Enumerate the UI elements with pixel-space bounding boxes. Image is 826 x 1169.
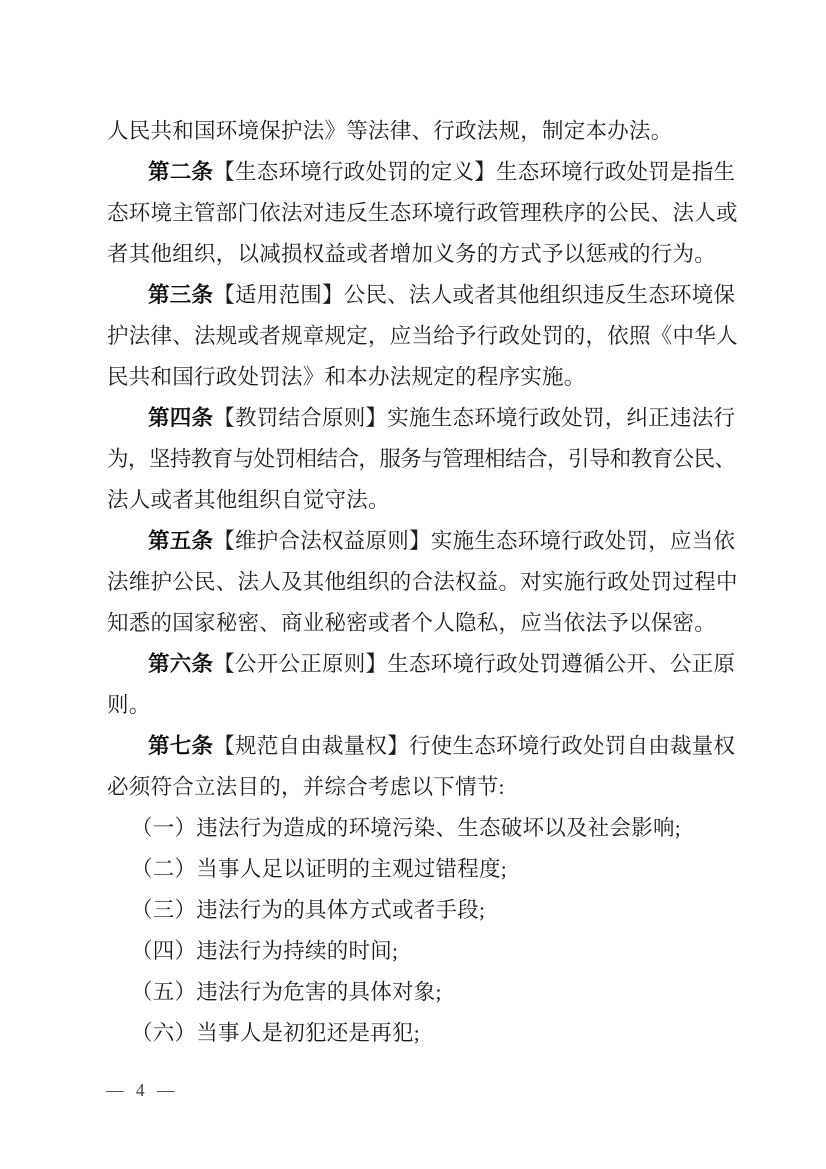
text-segment: 知悉的国家秘密、商业秘密或者个人隐私，应当依法予以保密。 [107, 611, 716, 635]
text-line: （五）违法行为危害的具体对象; [107, 972, 747, 1013]
text-line: （二）当事人足以证明的主观过错程度; [107, 849, 747, 890]
text-segment: 【教罚结合原则】实施生态环境行政处罚，纠正违法行 [213, 406, 735, 430]
text-line: （六）当事人是初犯还是再犯; [107, 1013, 747, 1054]
text-segment: （四）违法行为持续的时间; [131, 939, 398, 963]
text-line: 为，坚持教育与处罚相结合，服务与管理相结合，引导和教育公民、 [107, 439, 747, 480]
text-line: 第四条【教罚结合原则】实施生态环境行政处罚，纠正违法行 [107, 398, 747, 439]
text-line: （三）违法行为的具体方式或者手段; [107, 890, 747, 931]
page-number: — 4 — [106, 1080, 179, 1100]
text-segment: 【适用范围】公民、法人或者其他组织违反生态环境保 [213, 283, 735, 307]
text-line: 则。 [107, 685, 747, 726]
text-line: 护法律、法规或者规章规定，应当给予行政处罚的，依照《中华人 [107, 316, 747, 357]
text-line: 第二条【生态环境行政处罚的定义】生态环境行政处罚是指生 [107, 152, 747, 193]
page-footer: — 4 — [106, 1078, 179, 1102]
document-page: 人民共和国环境保护法》等法律、行政法规，制定本办法。第二条【生态环境行政处罚的定… [0, 0, 826, 1169]
text-line: 第三条【适用范围】公民、法人或者其他组织违反生态环境保 [107, 275, 747, 316]
text-segment: 者其他组织，以减损权益或者增加义务的方式予以惩戒的行为。 [107, 242, 716, 266]
article-number: 第六条 [148, 652, 213, 676]
text-line: 人民共和国环境保护法》等法律、行政法规，制定本办法。 [107, 111, 747, 152]
article-number: 第七条 [148, 734, 213, 758]
text-segment: 为，坚持教育与处罚相结合，服务与管理相结合，引导和教育公民、 [107, 447, 736, 471]
text-segment: 【维护合法权益原则】实施生态环境行政处罚，应当依 [213, 529, 735, 553]
text-segment: （一）违法行为造成的环境污染、生态破坏以及社会影响; [131, 816, 681, 840]
text-segment: 必须符合立法目的，并综合考虑以下情节: [107, 775, 505, 799]
text-line: 必须符合立法目的，并综合考虑以下情节: [107, 767, 747, 808]
text-line: 法维护公民、法人及其他组织的合法权益。对实施行政处罚过程中 [107, 562, 747, 603]
text-line: （一）违法行为造成的环境污染、生态破坏以及社会影响; [107, 808, 747, 849]
text-line: （四）违法行为持续的时间; [107, 931, 747, 972]
text-line: 第五条【维护合法权益原则】实施生态环境行政处罚，应当依 [107, 521, 747, 562]
text-line: 知悉的国家秘密、商业秘密或者个人隐私，应当依法予以保密。 [107, 603, 747, 644]
text-line: 民共和国行政处罚法》和本办法规定的程序实施。 [107, 357, 747, 398]
article-number: 第四条 [148, 406, 213, 430]
text-segment: 【规范自由裁量权】行使生态环境行政处罚自由裁量权 [213, 734, 735, 758]
text-segment: （三）违法行为的具体方式或者手段; [131, 898, 485, 922]
text-segment: 态环境主管部门依法对违反生态环境行政管理秩序的公民、法人或 [107, 201, 738, 225]
text-segment: 法人或者其他组织自觉守法。 [107, 488, 390, 512]
text-segment: （六）当事人是初犯还是再犯; [131, 1021, 420, 1045]
article-number: 第三条 [148, 283, 213, 307]
text-segment: 护法律、法规或者规章规定，应当给予行政处罚的，依照《中华人 [107, 324, 738, 348]
text-segment: （二）当事人足以证明的主观过错程度; [131, 857, 507, 881]
text-segment: （五）违法行为危害的具体对象; [131, 980, 442, 1004]
text-line: 第六条【公开公正原则】生态环境行政处罚遵循公开、公正原 [107, 644, 747, 685]
article-number: 第五条 [148, 529, 213, 553]
text-line: 法人或者其他组织自觉守法。 [107, 480, 747, 521]
text-segment: 则。 [107, 693, 151, 717]
text-line: 态环境主管部门依法对违反生态环境行政管理秩序的公民、法人或 [107, 193, 747, 234]
text-segment: 民共和国行政处罚法》和本办法规定的程序实施。 [107, 365, 586, 389]
text-segment: 【公开公正原则】生态环境行政处罚遵循公开、公正原 [213, 652, 735, 676]
text-line: 者其他组织，以减损权益或者增加义务的方式予以惩戒的行为。 [107, 234, 747, 275]
document-body: 人民共和国环境保护法》等法律、行政法规，制定本办法。第二条【生态环境行政处罚的定… [107, 111, 747, 1054]
text-segment: 人民共和国环境保护法》等法律、行政法规，制定本办法。 [107, 119, 673, 143]
text-line: 第七条【规范自由裁量权】行使生态环境行政处罚自由裁量权 [107, 726, 747, 767]
text-segment: 法维护公民、法人及其他组织的合法权益。对实施行政处罚过程中 [107, 570, 738, 594]
text-segment: 【生态环境行政处罚的定义】生态环境行政处罚是指生 [213, 160, 735, 184]
article-number: 第二条 [148, 160, 213, 184]
